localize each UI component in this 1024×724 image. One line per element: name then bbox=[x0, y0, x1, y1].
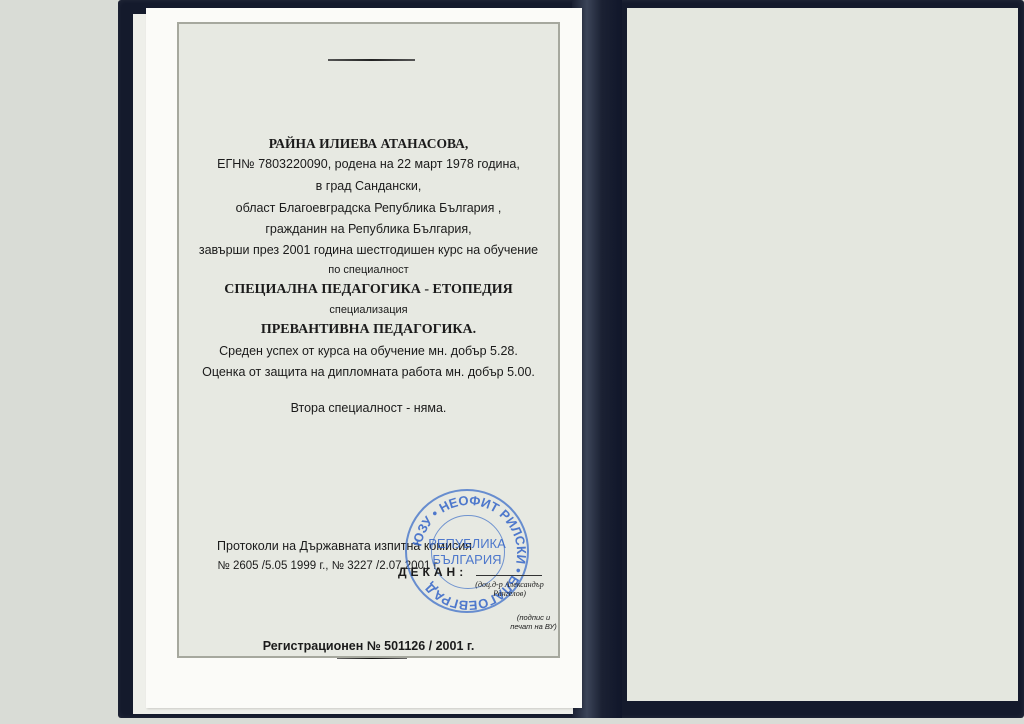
cover-inner-right-page bbox=[627, 8, 1018, 701]
specialty: СПЕЦИАЛНА ПЕДАГОГИКА - ЕТОПЕДИЯ bbox=[179, 282, 558, 298]
dean-name: (доц.д-р Александър Рангелов) bbox=[461, 580, 558, 598]
egn-line: ЕГН№ 7803220090, родена на 22 март 1978 … bbox=[179, 157, 558, 171]
top-ornament-rule bbox=[328, 59, 415, 61]
citizenship-line: гражданин на Република България, bbox=[179, 222, 558, 236]
specialization-label: специализация bbox=[179, 304, 558, 316]
thesis-grade-line: Оценка от защита на дипломната работа мн… bbox=[179, 365, 558, 379]
second-specialty-line: Втора специалност - няма. bbox=[179, 401, 558, 415]
completed-line: завърши през 2001 година шестгодишен кур… bbox=[179, 243, 558, 257]
signature-caption: (подпис и печат на ВУ) bbox=[509, 613, 558, 631]
specialization: ПРЕВАНТИВНА ПЕДАГОГИКА. bbox=[179, 322, 558, 338]
average-grade-line: Среден успех от курса на обучение мн. до… bbox=[179, 344, 558, 358]
birthplace-line: в град Сандански, bbox=[179, 179, 558, 193]
signature-line bbox=[476, 575, 542, 576]
diploma-page: РАЙНА ИЛИЕВА АТАНАСОВА, ЕГН№ 7803220090,… bbox=[177, 22, 560, 658]
registration-number: Регистрационен № 501126 / 2001 г. bbox=[179, 639, 558, 653]
dean-label: ДЕКАН: bbox=[398, 565, 467, 579]
bottom-ornament-rule bbox=[337, 658, 407, 659]
holder-name: РАЙНА ИЛИЕВА АТАНАСОВА, bbox=[179, 136, 558, 152]
stamp-line-1: РЕПУБЛИКА bbox=[407, 536, 527, 551]
region-line: област Благоевградска Република България… bbox=[179, 201, 558, 215]
specialty-label: по специалност bbox=[179, 264, 558, 276]
